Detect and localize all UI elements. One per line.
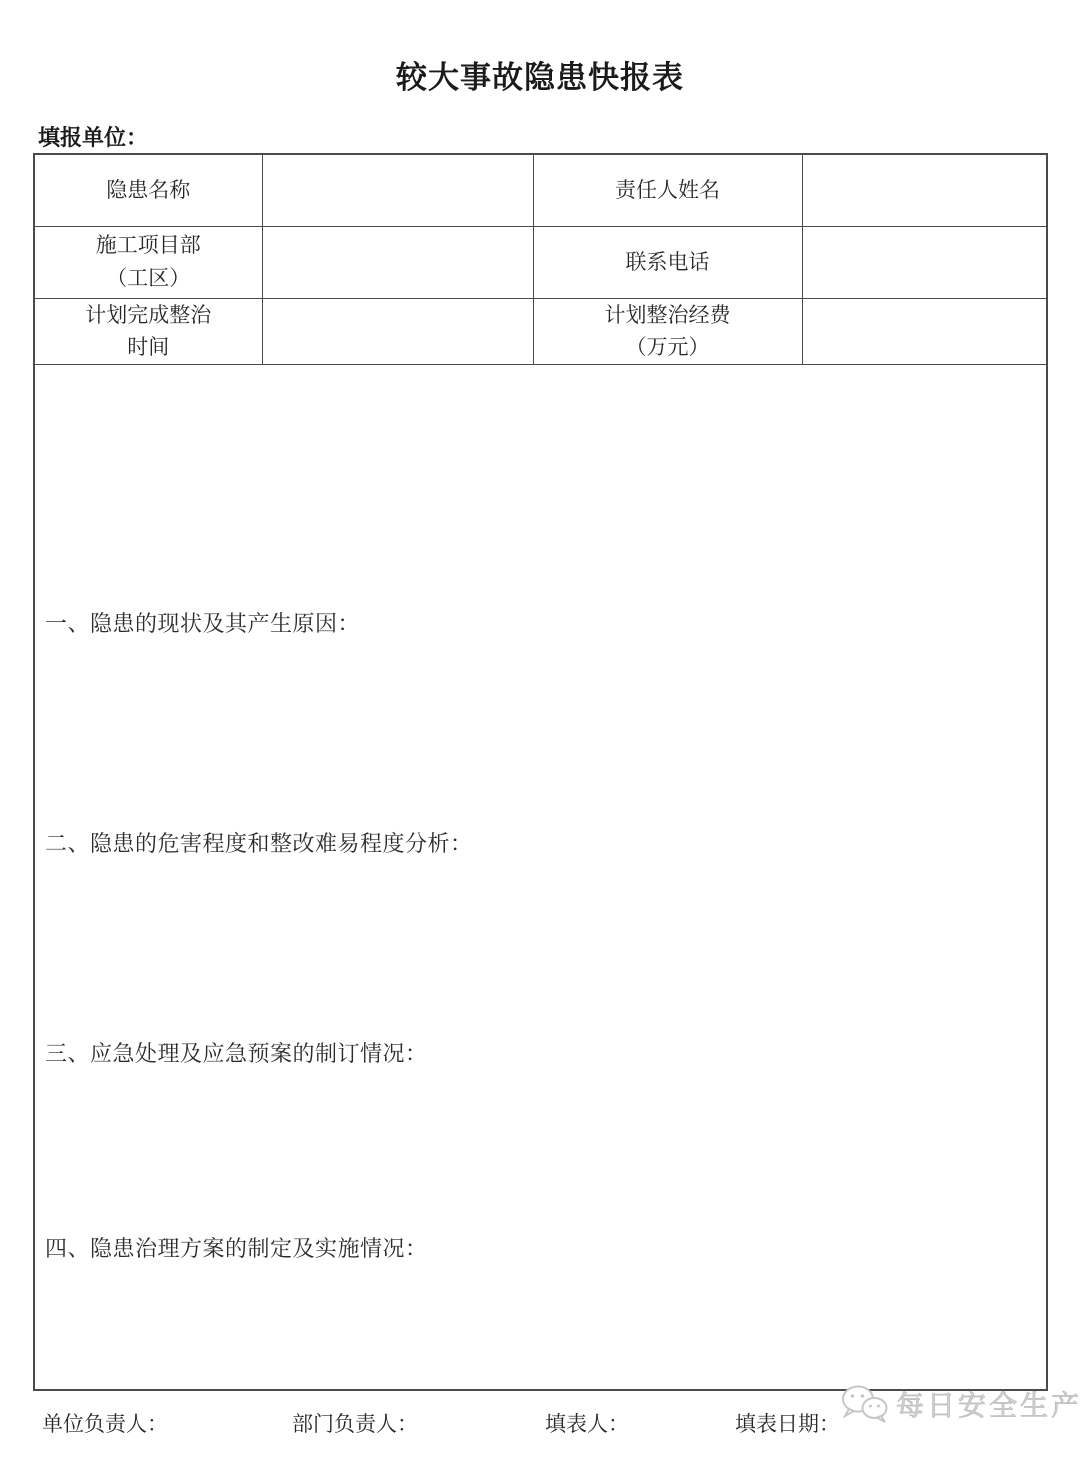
field-value-hazard-name: [262, 154, 533, 226]
signature-footer: 单位负责人： 部门负责人： 填表人： 填表日期：: [0, 1408, 1080, 1440]
field-value-project-department: [262, 226, 533, 298]
unit-head-label: 单位负责人：: [42, 1408, 168, 1438]
table-row: 施工项目部 （工区） 联系电话: [34, 226, 1047, 298]
field-value-planned-budget: [802, 298, 1047, 364]
page-title: 较大事故隐患快报表: [0, 52, 1080, 97]
field-label-planned-completion-time: 计划完成整治 时间: [34, 298, 262, 364]
field-value-planned-completion-time: [262, 298, 533, 364]
section-heading-emergency-plan: 三、应急处理及应急预案的制订情况：: [45, 1039, 1036, 1069]
reporting-unit-label: 填报单位：: [38, 121, 148, 152]
document-page: 较大事故隐患快报表 填报单位： 隐患名称 责任人姓名 施工项目部 （工区） 联系…: [0, 0, 1080, 1459]
field-label-project-department: 施工项目部 （工区）: [34, 226, 262, 298]
form-date-label: 填表日期：: [735, 1408, 840, 1438]
section-heading-treatment-plan: 四、隐患治理方案的制定及实施情况：: [45, 1234, 1036, 1264]
dept-head-label: 部门负责人：: [292, 1408, 418, 1438]
section-heading-hazard-status: 一、隐患的现状及其产生原因：: [45, 609, 1036, 639]
table-row: 隐患名称 责任人姓名: [34, 154, 1047, 226]
field-label-planned-budget: 计划整治经费 （万元）: [533, 298, 802, 364]
sections-cell: 一、隐患的现状及其产生原因： 二、隐患的危害程度和整改难易程度分析： 三、应急处…: [34, 364, 1047, 1390]
report-table: 隐患名称 责任人姓名 施工项目部 （工区） 联系电话 计划完成整治 时间 计划整…: [33, 153, 1048, 1391]
field-label-hazard-name: 隐患名称: [34, 154, 262, 226]
preparer-label: 填表人：: [545, 1408, 629, 1438]
field-value-responsible-person: [802, 154, 1047, 226]
table-row: 计划完成整治 时间 计划整治经费 （万元）: [34, 298, 1047, 364]
field-label-responsible-person: 责任人姓名: [533, 154, 802, 226]
field-value-contact-phone: [802, 226, 1047, 298]
section-heading-harm-analysis: 二、隐患的危害程度和整改难易程度分析：: [45, 829, 1036, 859]
field-label-contact-phone: 联系电话: [533, 226, 802, 298]
table-row-sections: 一、隐患的现状及其产生原因： 二、隐患的危害程度和整改难易程度分析： 三、应急处…: [34, 364, 1047, 1390]
